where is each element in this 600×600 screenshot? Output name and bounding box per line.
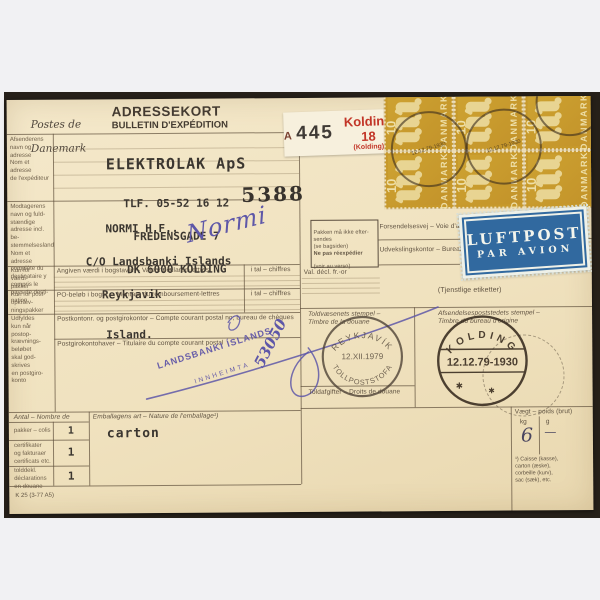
lion-icon <box>536 189 560 199</box>
weight-g-value: — <box>545 426 556 438</box>
emballage-value: carton <box>107 426 160 441</box>
no-forward-box: Pakken må ikke efter- sendes (se bagside… <box>310 219 378 267</box>
lion-icon <box>466 102 490 112</box>
row-pakker-count: 1 <box>53 425 89 436</box>
lion-figures <box>536 157 562 201</box>
customs-postmark-town: REYKJAVÍK <box>329 330 395 353</box>
lion-icon <box>396 102 420 112</box>
reg-letter-number: A 445 <box>283 122 334 146</box>
row-pakker-label: pakker – colis <box>14 428 52 436</box>
emballage-header: Emballagens art – Nature de l'emballage¹… <box>93 413 219 422</box>
parcel-card: Postes de Danemark ADRESSEKORT BULLETIN … <box>7 96 594 514</box>
reg-letter: A <box>284 130 292 142</box>
faint-postmark-ring <box>482 334 565 417</box>
row-certifikater-count: 1 <box>53 445 89 458</box>
svg-text:REYKJAVÍK: REYKJAVÍK <box>329 330 395 353</box>
weight-kg-value: 6 <box>521 424 533 446</box>
luftpost-label: LUFTPOST PAR AVION <box>459 206 591 279</box>
weight-caption: Vægt – poids (brut) <box>515 408 591 417</box>
pen-stroke-scribble <box>228 316 240 330</box>
weight-g-label: g <box>546 418 550 426</box>
form-number: K 25 (3-77 A5) <box>15 493 54 501</box>
stamp-country: DANMARK <box>579 150 589 207</box>
reg-number: 445 <box>296 122 334 144</box>
stamp-value: 10 <box>454 178 469 193</box>
lion-icon <box>396 190 420 200</box>
customs-postmark-office: TOLLPOSTSTOFA <box>331 363 394 387</box>
lion-icon <box>536 174 560 184</box>
postmark-cancel-2: 12.12.79-1930 <box>466 108 543 185</box>
antal-header: Antal – Nombre de <box>14 414 70 423</box>
star-icon: ✱ <box>456 381 463 391</box>
row-tolddekl-label: tolddekl. déclarations en douane <box>14 468 52 492</box>
customs-postmark-date: 12.XII.1979 <box>341 352 383 361</box>
service-labels-caption: (Tjenstlige etiketter) <box>438 287 502 296</box>
svg-text:TOLLPOSTSTOFA: TOLLPOSTSTOFA <box>331 363 394 387</box>
lion-icon <box>536 160 560 170</box>
row-certifikater-label: certifikater og fakturaer certificats et… <box>14 443 52 467</box>
postmark-cancel-1: 12.12.79-1930 <box>391 111 468 188</box>
val-decl-caption: Val. décl. fr.-or <box>304 269 347 277</box>
customs-postmark: REYKJAVÍK 12.XII.1979 TOLLPOSTSTOFA <box>318 313 407 400</box>
registration-label: A 445 Kolding 18 (Kolding) <box>283 109 396 157</box>
stamp-value: 10 <box>384 179 399 194</box>
lion-icon <box>466 189 490 199</box>
stamp-value: 10 <box>524 178 539 193</box>
row-tolddekl-count: 1 <box>53 469 89 482</box>
packaging-footnote: ¹) Caisse (kasse), carton (æske), corbei… <box>515 456 591 485</box>
